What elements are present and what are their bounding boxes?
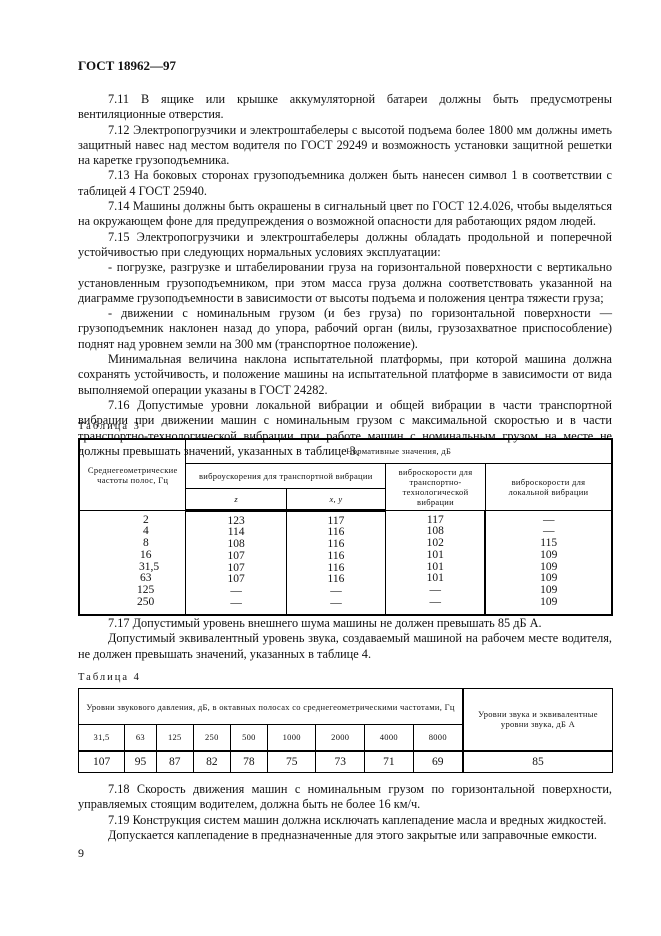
- table4-value-cell: 75: [267, 751, 316, 773]
- table3-cell: 116: [287, 551, 385, 563]
- table3-cell: 4: [80, 526, 185, 538]
- table3-col-xy: 117116116116116116——: [286, 510, 385, 615]
- clauses-7-11-to-7-16: 7.11 В ящике или крышке аккумуляторной б…: [78, 92, 612, 459]
- table4-value-cell: 107: [79, 751, 125, 773]
- table3-cell: 125: [80, 585, 185, 597]
- clause-7-19-note: Допускается каплепадение в предназначенн…: [78, 828, 612, 843]
- table4-frequency-cell: 500: [230, 725, 267, 751]
- clause-7-15-note: Минимальная величина наклона испытательн…: [78, 352, 612, 398]
- table4-frequency-cell: 250: [193, 725, 230, 751]
- table4-header-pressure: Уровни звукового давления, дБ, в октавны…: [79, 689, 464, 725]
- table3-header-z: z: [186, 488, 286, 510]
- clause-7-13: 7.13 На боковых сторонах грузоподъемника…: [78, 168, 612, 199]
- table4-frequency-cell: 4000: [365, 725, 414, 751]
- table4-sound-levels: Уровни звукового давления, дБ, в октавны…: [78, 688, 613, 773]
- table3-col-velocity-tt: 117108102101101101——: [386, 510, 486, 615]
- table4-value-cell: 71: [365, 751, 414, 773]
- table4-header-level: Уровни звука и эквивалентные уровни звук…: [463, 689, 613, 751]
- clause-7-17-note: Допустимый эквивалентный уровень звука, …: [78, 631, 612, 662]
- clause-7-12: 7.12 Электропогрузчики и электроштабелер…: [78, 123, 612, 169]
- clause-7-15-item-1: - погрузке, разгрузке и штабелировании г…: [78, 260, 612, 306]
- table3-header-frequency: Среднегеометрические частоты полос, Гц: [79, 439, 186, 510]
- table3-col-velocity-local: ——115109109109109109: [485, 510, 612, 615]
- table3-cell: —: [287, 598, 385, 610]
- table3-cell: 31,5: [80, 562, 185, 574]
- table4-frequency-cell: 2000: [316, 725, 365, 751]
- table4-frequency-cell: 63: [125, 725, 157, 751]
- table3-col-z: 123114108107107107——: [186, 510, 286, 615]
- page-number: 9: [78, 846, 84, 861]
- table3-header-acceleration: виброускорения для транспортной вибрации: [186, 463, 386, 488]
- table3-cell: 16: [80, 550, 185, 562]
- clause-7-18: 7.18 Скорость движения машин с номинальн…: [78, 782, 612, 813]
- clause-7-17-text: 7.17 Допустимый уровень внешнего шума ма…: [78, 616, 612, 631]
- table4-caption: Таблица 4: [78, 672, 141, 683]
- table3-header-velocity-tt: виброскорости для транспортно-технологич…: [386, 463, 486, 510]
- clause-7-19: 7.19 Конструкция систем машин должна иск…: [78, 813, 612, 828]
- table4-level-value: 85: [463, 751, 613, 773]
- table4-value-cell: 73: [316, 751, 365, 773]
- table3-cell: 2: [80, 515, 185, 527]
- table4-frequency-cell: 8000: [413, 725, 463, 751]
- clause-7-15-item-2: - движении с номинальным грузом (и без г…: [78, 306, 612, 352]
- table3-header-velocity-local: виброскорости для локальной вибрации: [485, 463, 612, 510]
- table4-frequency-cell: 1000: [267, 725, 316, 751]
- table3-cell: 101: [386, 550, 484, 562]
- clause-7-17: 7.17 Допустимый уровень внешнего шума ма…: [78, 616, 612, 662]
- clauses-7-18-to-7-19: 7.18 Скорость движения машин с номинальн…: [78, 782, 612, 843]
- document-header: ГОСТ 18962—97: [78, 58, 176, 74]
- table3-cell: —: [386, 597, 484, 609]
- table3-caption: Таблица 3: [78, 421, 141, 432]
- table3-cell: 109: [486, 597, 611, 609]
- table3-header-xy: x, y: [286, 488, 385, 510]
- table4-value-cell: 95: [125, 751, 157, 773]
- table3-cell: 107: [186, 551, 285, 563]
- table4-value-cell: 87: [156, 751, 193, 773]
- table3-cell: 63: [80, 573, 185, 585]
- table3-vibration-levels: Среднегеометрические частоты полос, Гц Н…: [78, 438, 613, 616]
- table4-value-cell: 78: [230, 751, 267, 773]
- table4-value-cell: 69: [413, 751, 463, 773]
- table3-cell: —: [186, 598, 285, 610]
- clause-7-14: 7.14 Машины должны быть окрашены в сигна…: [78, 199, 612, 230]
- table3-cell: 109: [486, 550, 611, 562]
- table4-frequency-cell: 31,5: [79, 725, 125, 751]
- clause-7-15: 7.15 Электропогрузчики и электроштабелер…: [78, 230, 612, 261]
- table3-col-frequency: 2481631,563125250: [79, 510, 186, 615]
- table3-cell: 8: [80, 538, 185, 550]
- table4-value-cell: 82: [193, 751, 230, 773]
- table4-frequency-cell: 125: [156, 725, 193, 751]
- clause-7-11: 7.11 В ящике или крышке аккумуляторной б…: [78, 92, 612, 123]
- table3-cell: 250: [80, 597, 185, 609]
- table3-header-normative: Нормативные значения, дБ: [186, 439, 612, 463]
